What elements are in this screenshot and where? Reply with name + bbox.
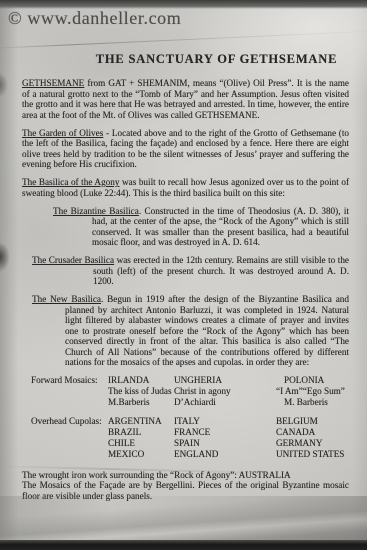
paragraph-lead: The Bizantine Basilica [53, 206, 139, 216]
table-cell-empty [31, 386, 108, 397]
table-cell-country: BRAZIL [108, 427, 174, 438]
paragraph-body: . Begun in 1919 after the design of the … [65, 294, 349, 367]
table-cell-country: FRANCE [174, 427, 276, 438]
table-cell-country: UNGHERIA [174, 375, 276, 386]
table-cell-country: MEXICO [108, 449, 174, 460]
paragraph-lead: GETHSEMANE [22, 78, 84, 88]
table-cell-country: UNITED STATES [276, 449, 349, 460]
table-cell-country: SPAIN [174, 438, 276, 449]
table-cell-mosaic: The kiss of Judas [108, 386, 174, 397]
overhead-cupolas-table: Overhead Cupolas: ARGENTINA ITALY BELGIU… [31, 416, 349, 459]
table-cell-country: CANADA [276, 427, 349, 438]
paragraph-bizantine-basilica: The Bizantine Basilica. Constructed in t… [22, 206, 349, 248]
table-cell-empty [31, 427, 108, 438]
table-cell-country: CHILE [108, 438, 174, 449]
paragraph-lead: The Garden of Olives [22, 128, 103, 138]
paragraph-gethsemane: GETHSEMANE from GAT + SHEMANIM, means “(… [22, 78, 349, 120]
paper-edge-smudge [0, 72, 8, 98]
paper-edge-smudge [0, 242, 10, 272]
table-cell-country: ARGENTINA [108, 416, 174, 427]
watermark: © www.danheller.com [8, 8, 181, 29]
sign-text-area: THE SANCTUARY OF GETHSEMANE GETHSEMANE f… [22, 52, 349, 501]
paragraph-lead: The New Basilica [32, 294, 101, 304]
table-cell-country: BELGIUM [276, 416, 349, 427]
table-cell-country: POLONIA [276, 375, 349, 386]
paragraph-crusader-basilica: The Crusader Basilica was erected in the… [22, 255, 349, 287]
table-cell-country: ENGLAND [174, 449, 276, 460]
paragraph-lead: The Crusader Basilica [32, 255, 114, 265]
overhead-cupolas-label: Overhead Cupolas: [31, 416, 108, 427]
table-cell-artist: D’Achiardi [174, 397, 276, 408]
table-cell-country: GERMANY [276, 438, 349, 449]
paragraph-new-basilica: The New Basilica. Begun in 1919 after th… [22, 294, 349, 368]
table-cell-artist: M. Barberis [276, 397, 349, 408]
photo-bottom-edge [0, 540, 367, 550]
table-cell-artist: M.Barberis [108, 397, 174, 408]
table-cell-mosaic: “I Am”“Ego Sum” [276, 386, 349, 397]
paragraph-body: was erected in the 12th century. Remains… [93, 255, 349, 286]
table-cell-empty [31, 449, 108, 460]
table-cell-empty [31, 438, 108, 449]
table-cell-country: IRLANDA [108, 375, 174, 386]
photo-of-sign: © www.danheller.com THE SANCTUARY OF GET… [0, 0, 367, 550]
footer-wrought-iron-note: The wrought iron work surrounding the “R… [22, 470, 349, 481]
table-cell-empty [31, 397, 108, 408]
paper-crease-top [0, 30, 367, 49]
paragraph-basilica-of-agony: The Basilica of the Agony was built to r… [22, 177, 349, 198]
forward-mosaics-label: Forward Mosaics: [31, 375, 108, 386]
paper-bottom-wrinkles [0, 496, 367, 542]
forward-mosaics-table: Forward Mosaics: IRLANDA UNGHERIA POLONI… [31, 375, 349, 407]
paragraph-lead: The Basilica of the Agony [22, 177, 119, 187]
table-cell-mosaic: Christ in agony [174, 386, 276, 397]
table-cell-country: ITALY [174, 416, 276, 427]
sign-title: THE SANCTUARY OF GETHSEMANE [22, 52, 349, 67]
paragraph-garden-of-olives: The Garden of Olives - Located above and… [22, 128, 349, 170]
